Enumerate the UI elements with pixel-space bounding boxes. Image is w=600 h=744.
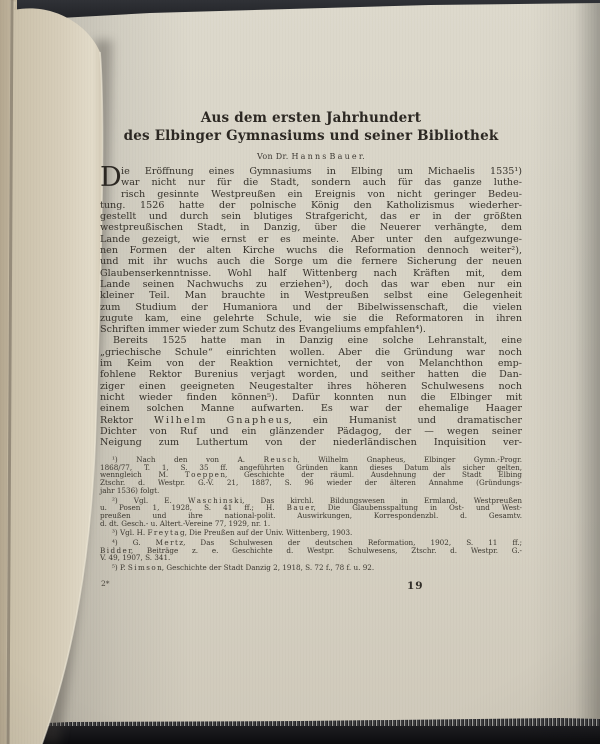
paragraph-1: D ie Eröffnung eines Gymnasiums in Elbin… xyxy=(100,166,522,335)
body-line: Lande seinen Nachwuchs zu erziehen³), do… xyxy=(100,279,522,290)
footnotes: ¹) Nach den von A. R e u s c h, Wilhelm … xyxy=(100,456,522,572)
curled-page xyxy=(6,0,103,744)
body-text: D ie Eröffnung eines Gymnasiums in Elbin… xyxy=(100,166,522,448)
body-line: „griechische Schule“ einrichten wollen. … xyxy=(100,347,522,358)
body-line: kleiner Teil. Man brauchte in Westpreuße… xyxy=(100,290,522,301)
body-line: Glaubenserkenntnisse. Wohl half Wittenbe… xyxy=(100,268,522,279)
footnote-5: ⁵) P. S i m s o n, Geschichte der Stadt … xyxy=(100,564,522,572)
body-line: gestellt und durch sein blutiges Strafge… xyxy=(100,211,522,222)
body-line: risch gesinnte Westpreußen ein Ereignis … xyxy=(100,189,522,200)
body-line: Lande gezeigt, wie ernst er es meinte. A… xyxy=(100,234,522,245)
body-line: zugute kam, eine gelehrte Schule, wie si… xyxy=(100,313,522,324)
body-line: einem solchen Manne aufwarten. Es war de… xyxy=(100,403,522,414)
footnote-line: V. 49, 1907, S. 341. xyxy=(100,554,522,562)
body-line: zum Studium der Humaniora und der Bibelw… xyxy=(100,302,522,313)
footnote-line: ⁵) P. S i m s o n, Geschichte der Stadt … xyxy=(100,564,522,572)
body-line: und mit ihr wuchs auch die Sorge um die … xyxy=(100,256,522,267)
body-line: Dichter von Ruf und ein glänzender Pädag… xyxy=(100,426,522,437)
body-line: ie Eröffnung eines Gymnasiums in Elbing … xyxy=(100,166,522,177)
footnote-line: jahr 1536) folgt. xyxy=(100,487,522,495)
drop-cap: D xyxy=(100,167,117,189)
page-title-line2: des Elbinger Gymnasiums und seiner Bibli… xyxy=(100,128,522,146)
body-line: Schriften immer wieder zum Schutz des Ev… xyxy=(100,324,522,335)
footnote-line: d. dt. Gesch.- u. Altert.-Vereine 77, 19… xyxy=(100,520,522,528)
article-header: Aus dem ersten Jahrhundert des Elbinger … xyxy=(100,110,522,161)
body-line: Bereits 1525 hatte man in Danzig eine so… xyxy=(100,335,522,346)
paragraph-2: Bereits 1525 hatte man in Danzig eine so… xyxy=(100,335,522,448)
page-number: 19 xyxy=(407,580,424,592)
body-line: nen Formen der alten Kirche wuchs die Re… xyxy=(100,245,522,256)
body-line: westpreußischen Stadt, in Danzig, über d… xyxy=(100,222,522,233)
signature-mark: 2* xyxy=(101,579,110,588)
body-line: im Keim von der Reaktion vernichtet, der… xyxy=(100,358,522,369)
footnote-line: Ztschr. d. Westpr. G.-V. 21, 1887, S. 96… xyxy=(100,479,522,487)
footnote-4: ⁴) G. M e r t z, Das Schulwesen der deut… xyxy=(100,539,522,562)
body-line: war nicht nur für die Stadt, sondern auc… xyxy=(100,177,522,188)
byline: Von Dr. H a n n s B a u e r. xyxy=(100,152,522,161)
footnote-2: ²) Vgl. E. W a s c h i n s k i, Das kirc… xyxy=(100,497,522,528)
body-line: nicht wieder finden können⁵). Dafür konn… xyxy=(100,392,522,403)
body-line: tung. 1526 hatte der polnische König den… xyxy=(100,200,522,211)
body-line: fohlene Rektor Burenius verjagt worden, … xyxy=(100,369,522,380)
book-photo: Aus dem ersten Jahrhundert des Elbinger … xyxy=(0,0,600,744)
body-line: Rektor W i l h e l m G n a p h e u s, ei… xyxy=(100,415,522,426)
body-line: ziger einen geeigneten Neugestalter ihre… xyxy=(100,381,522,392)
footnote-1: ¹) Nach den von A. R e u s c h, Wilhelm … xyxy=(100,456,522,495)
page-title-line1: Aus dem ersten Jahrhundert xyxy=(100,110,522,128)
footnote-line: ³) Vgl. H. F r e y t a g, Die Preußen au… xyxy=(100,529,522,537)
body-line: Neigung zum Luthertum von der niederländ… xyxy=(100,437,522,448)
footnote-3: ³) Vgl. H. F r e y t a g, Die Preußen au… xyxy=(100,529,522,537)
